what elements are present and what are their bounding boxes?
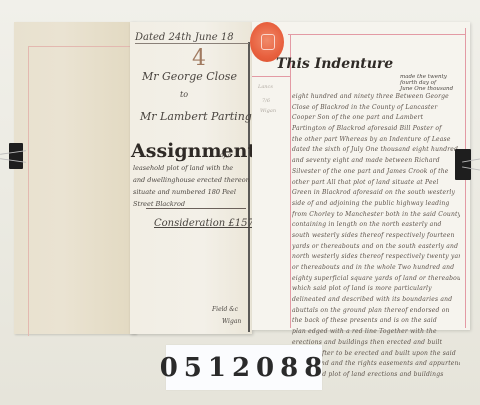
description-line: Street Blackrod	[133, 200, 185, 208]
body-line: eight hundred and ninety three Between G…	[292, 92, 460, 103]
body-line: the other part Whereas by an Indenture o…	[292, 135, 460, 146]
margin-rule	[28, 46, 29, 336]
body-line: or thereabouts and in the whole Two hund…	[292, 263, 460, 274]
body-line: which said plot of land is more particul…	[292, 284, 460, 295]
party-from: Mr George Close	[142, 70, 237, 83]
footer-line: Wigan	[222, 318, 241, 325]
margin-note: Wigan	[260, 108, 276, 114]
description-line: of a	[220, 152, 231, 159]
document-title: Assignment	[131, 140, 256, 162]
dated-line: Dated 24th June 18	[135, 32, 249, 44]
body-line: dated the sixth of July One thousand eig…	[292, 145, 460, 156]
left-folded-page	[14, 22, 136, 334]
margin-rule	[252, 76, 290, 77]
body-line: south westerly sides thereof respectivel…	[292, 231, 460, 242]
party-to: Mr Lambert Partington	[140, 110, 270, 123]
binder-clip-left	[9, 143, 23, 169]
binder-clip-right	[455, 149, 471, 180]
description-line: situate and numbered 180 Peel	[133, 188, 236, 196]
body-line: yards or thereabouts and on the south ea…	[292, 242, 460, 253]
body-line: Cooper Son of the one part and Lambert	[292, 113, 460, 124]
margin-rule	[28, 46, 138, 47]
connector-to: to	[180, 90, 188, 99]
footer-line: Field &c	[212, 306, 238, 313]
body-line: Partington of Blackrod aforesaid Bill Po…	[292, 124, 460, 135]
description-line: leasehold plot of land with the	[133, 164, 233, 172]
margin-note: 7/6	[262, 98, 270, 104]
body-line: Silvester of the one part and James Croo…	[292, 167, 460, 178]
body-line: eighty superficial square yards of land …	[292, 274, 460, 285]
margin-note: Lancs	[258, 84, 273, 90]
body-line: Green in Blackrod aforesaid on the south…	[292, 188, 460, 199]
body-line: the back of these presents and is on the…	[292, 316, 460, 327]
accession-number: 0512088	[160, 353, 329, 383]
indenture-heading: This Indenture	[276, 56, 393, 72]
accession-number-label: 0512088	[166, 345, 322, 390]
docket-number: 4	[192, 46, 206, 71]
description-line: and dwellinghouse erected thereon	[133, 176, 250, 184]
consideration: Consideration £157	[154, 218, 254, 229]
body-line: containing in length on the north easter…	[292, 220, 460, 231]
divider-line	[146, 208, 246, 209]
body-line: north westerly sides thereof respectivel…	[292, 252, 460, 263]
body-line: other part All that plot of land situate…	[292, 178, 460, 189]
body-line: plan edged with a red line Together with…	[292, 327, 460, 338]
body-line: Close of Blackrod in the County of Lanca…	[292, 103, 460, 114]
body-line: abuttals on the ground plan thereof endo…	[292, 306, 460, 317]
margin-rule	[290, 34, 291, 328]
body-line: and seventy eight and made between Richa…	[292, 156, 460, 167]
margin-rule	[288, 34, 466, 35]
body-line: delineated and described with its bounda…	[292, 295, 460, 306]
body-line: from Chorley to Manchester both in the s…	[292, 210, 460, 221]
indenture-body: eight hundred and ninety three Between G…	[292, 92, 460, 381]
body-line: side of and adjoining the public highway…	[292, 199, 460, 210]
fold-crease	[248, 42, 250, 332]
